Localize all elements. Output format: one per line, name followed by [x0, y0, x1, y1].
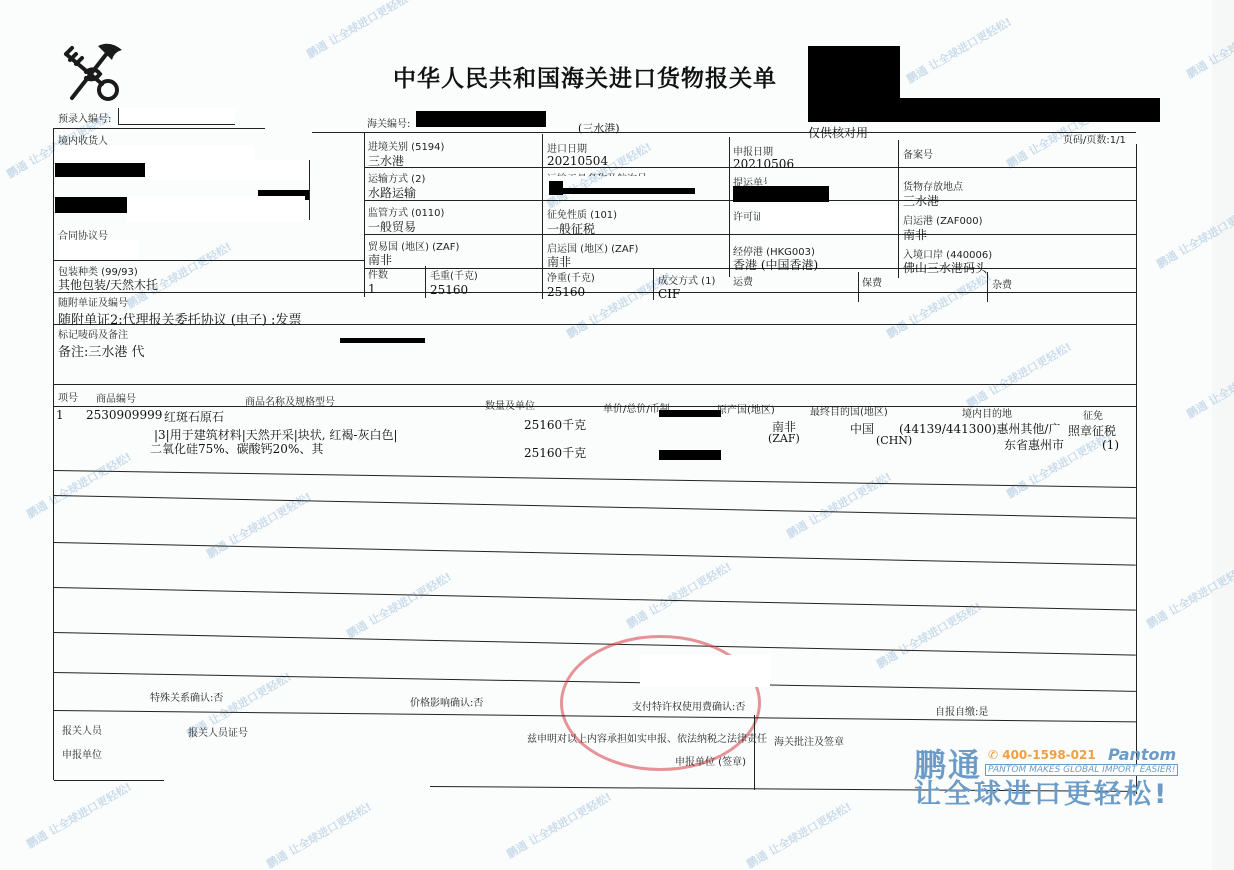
customs-approval-label: 海关批注及签章	[774, 733, 844, 748]
hs-code: 2530909999	[86, 408, 162, 422]
pre-entry-label: 预录入编号:	[58, 110, 111, 125]
package-value: 其他包装/天然木托	[58, 276, 158, 293]
watermark: 鹏通 让全球进口更轻松!	[625, 561, 734, 631]
row-line	[54, 587, 1136, 611]
deal-mode-label: 成交方式 (1)	[658, 272, 715, 287]
col-line	[987, 272, 988, 302]
transport-mode-value: 水路运输	[368, 184, 416, 201]
redaction	[416, 111, 546, 127]
col-line	[729, 137, 730, 277]
declare-date-value: 20210506	[733, 157, 794, 171]
watermark: 鹏通 让全球进口更轻松!	[265, 801, 374, 870]
col-line	[542, 134, 543, 299]
quantity-1: 25160千克	[524, 416, 586, 433]
departure-port-value: 南非	[903, 226, 927, 243]
supervision-value: 一般贸易	[368, 218, 416, 235]
brand-slogan: 让全球进口更轻松!	[914, 772, 1169, 811]
col-line	[858, 272, 859, 302]
redaction	[659, 450, 721, 460]
col-item-no: 项号	[58, 389, 78, 404]
origin-code: (ZAF)	[768, 432, 800, 445]
royalty: 支付特许权使用费确认:否	[632, 698, 745, 713]
col-line	[898, 140, 899, 278]
special-relation: 特殊关系确认:否	[150, 689, 223, 704]
col-line	[364, 132, 365, 297]
declaring-unit-label: 申报单位	[62, 746, 102, 761]
frame-right	[1136, 144, 1137, 794]
levy-method: 照章征税	[1068, 422, 1116, 439]
row-line	[54, 292, 1136, 293]
col-line	[754, 715, 755, 790]
pieces-label: 件数	[368, 266, 388, 281]
row-line	[364, 234, 1136, 235]
misc-fee-label: 杂费	[992, 276, 1012, 291]
ship-country-value: 南非	[547, 253, 571, 270]
watermark: 鹏通 让全球进口更轻松!	[205, 491, 314, 561]
frame-top-left	[53, 128, 265, 129]
watermark: 鹏通 让全球进口更轻松!	[875, 601, 984, 671]
brand-name-en: Pantom	[1108, 745, 1176, 764]
redaction	[563, 188, 695, 194]
watermark: 鹏通 让全球进口更轻松!	[505, 791, 614, 861]
price-influence: 价格影响确认:否	[410, 694, 483, 709]
watermark: 鹏通 让全球进口更轻松!	[965, 341, 1074, 411]
customs-emblem-icon	[58, 40, 128, 108]
watermark: 鹏通 让全球进口更轻松!	[1185, 351, 1234, 421]
declarant-label: 报关人员	[62, 722, 102, 737]
frame-top	[312, 132, 1136, 133]
row-line	[54, 780, 164, 781]
watermark: 鹏通 让全球进口更轻松!	[305, 0, 414, 61]
row-line	[54, 470, 1136, 488]
page-info: 页码/页数:1/1	[1063, 131, 1126, 146]
whiteout	[145, 160, 310, 180]
license-label: 许可证号	[733, 208, 763, 223]
freight-label: 运费	[733, 273, 753, 288]
gross-weight-label: 毛重(千克)	[430, 267, 478, 282]
declarant-id-label: 报关人员证号	[188, 724, 248, 739]
domestic-dest-line2: 东省惠州市	[1004, 436, 1064, 453]
goods-spec-line2: 二氧化硅75%、碳酸钙20%、其	[150, 440, 323, 457]
levy-nature-label: 征免性质 (101)	[547, 206, 617, 221]
document-title: 中华人民共和国海关进口货物报关单	[393, 60, 777, 93]
watermark: 鹏通 让全球进口更轻松!	[1145, 561, 1234, 631]
net-weight-label: 净重(千克)	[547, 269, 595, 284]
whiteout	[760, 205, 895, 233]
watermark: 鹏通 让全球进口更轻松!	[905, 16, 1014, 86]
whiteout	[55, 145, 255, 160]
customs-no-label: 海关编号:	[367, 115, 410, 130]
supervision-label: 监管方式 (0110)	[368, 204, 444, 219]
transport-mode-label: 运输方式 (2)	[368, 170, 425, 185]
marks-value: 备注:三水港 代	[58, 341, 145, 360]
redaction	[659, 410, 721, 417]
pre-entry-value	[118, 108, 235, 125]
marks-label: 标记唛码及备注	[58, 326, 128, 341]
entry-customs-label: 进境关别 (5194)	[368, 138, 444, 153]
customs-declaration-page: 鹏通 让全球进口更轻松! 鹏通 让全球进口更轻松! 鹏通 让全球进口更轻松! 鹏…	[0, 0, 1212, 870]
col-line	[653, 268, 654, 300]
declare-date-label: 申报日期	[733, 143, 773, 158]
watermark: 鹏通 让全球进口更轻松!	[25, 781, 134, 851]
redaction	[549, 181, 563, 195]
entry-port-value: 佛山三水港码头	[903, 259, 987, 276]
declaration-statement: 兹申明对以上内容承担如实申报、依法纳税之法律责任	[527, 730, 767, 745]
dest-country: 中国	[850, 420, 874, 437]
self-declare: 自报自缴:是	[935, 703, 988, 718]
insurance-label: 保费	[862, 274, 882, 289]
watermark: 鹏通 让全球进口更轻松!	[1185, 11, 1234, 81]
pieces-value: 1	[368, 282, 376, 296]
item-no: 1	[56, 408, 64, 422]
watermark: 鹏通 让全球进口更轻松!	[345, 571, 454, 641]
goods-name: 红斑石原石	[164, 408, 224, 425]
col-hs-code: 商品编号	[96, 390, 136, 405]
net-weight-value: 25160	[547, 285, 585, 299]
phone-number: 400-1598-021	[1002, 748, 1095, 762]
redaction	[808, 46, 900, 106]
redaction	[340, 338, 425, 343]
watermark: 鹏通 让全球进口更轻松!	[1155, 201, 1234, 271]
docs-label: 随附单证及编号	[58, 294, 128, 309]
whiteout	[58, 240, 138, 260]
brand-phone: ✆ 400-1598-021	[988, 748, 1096, 762]
transport-tool-label: 运输工具名称及航次号	[547, 170, 647, 176]
import-date-label: 进口日期	[547, 140, 587, 155]
redaction	[808, 98, 1160, 122]
unit-signature-label: 申报单位 (签章)	[675, 753, 746, 768]
col-line	[425, 266, 426, 298]
import-date-value: 20210504	[547, 154, 608, 168]
table-row: 1 2530909999 红斑石原石 |3|用于建筑材料|天然开采|块状, 红褐…	[54, 406, 1136, 470]
record-no-label: 备案号	[903, 146, 933, 161]
departure-port-label: 启运港 (ZAF000)	[903, 212, 983, 227]
domestic-dest-line1: (44139/441300)惠州其他/广	[899, 420, 1060, 437]
whiteout	[127, 196, 305, 222]
gross-weight-value: 25160	[430, 283, 468, 297]
levy-code: (1)	[1102, 438, 1119, 452]
row-line	[54, 384, 1136, 385]
watermark: 鹏通 让全球进口更轻松!	[745, 801, 854, 870]
transit-port-value: 香港 (中国香港)	[733, 256, 818, 273]
divider	[309, 160, 310, 220]
redaction	[55, 163, 145, 177]
whiteout	[640, 655, 770, 687]
redaction	[733, 186, 829, 202]
storage-value: 三水港	[903, 192, 939, 209]
levy-nature-value: 一般征税	[547, 220, 595, 237]
storage-label: 货物存放地点	[903, 178, 963, 193]
quantity-2: 25160千克	[524, 444, 586, 461]
redaction	[55, 197, 127, 213]
entry-customs-value: 三水港	[368, 152, 404, 169]
customs-port: (三水港)	[578, 120, 620, 136]
deal-mode-value: CIF	[658, 287, 680, 301]
row-line	[54, 260, 364, 261]
row-line	[54, 495, 1136, 519]
row-line	[54, 324, 1136, 325]
watermark: 鹏通 让全球进口更轻松!	[885, 271, 994, 341]
